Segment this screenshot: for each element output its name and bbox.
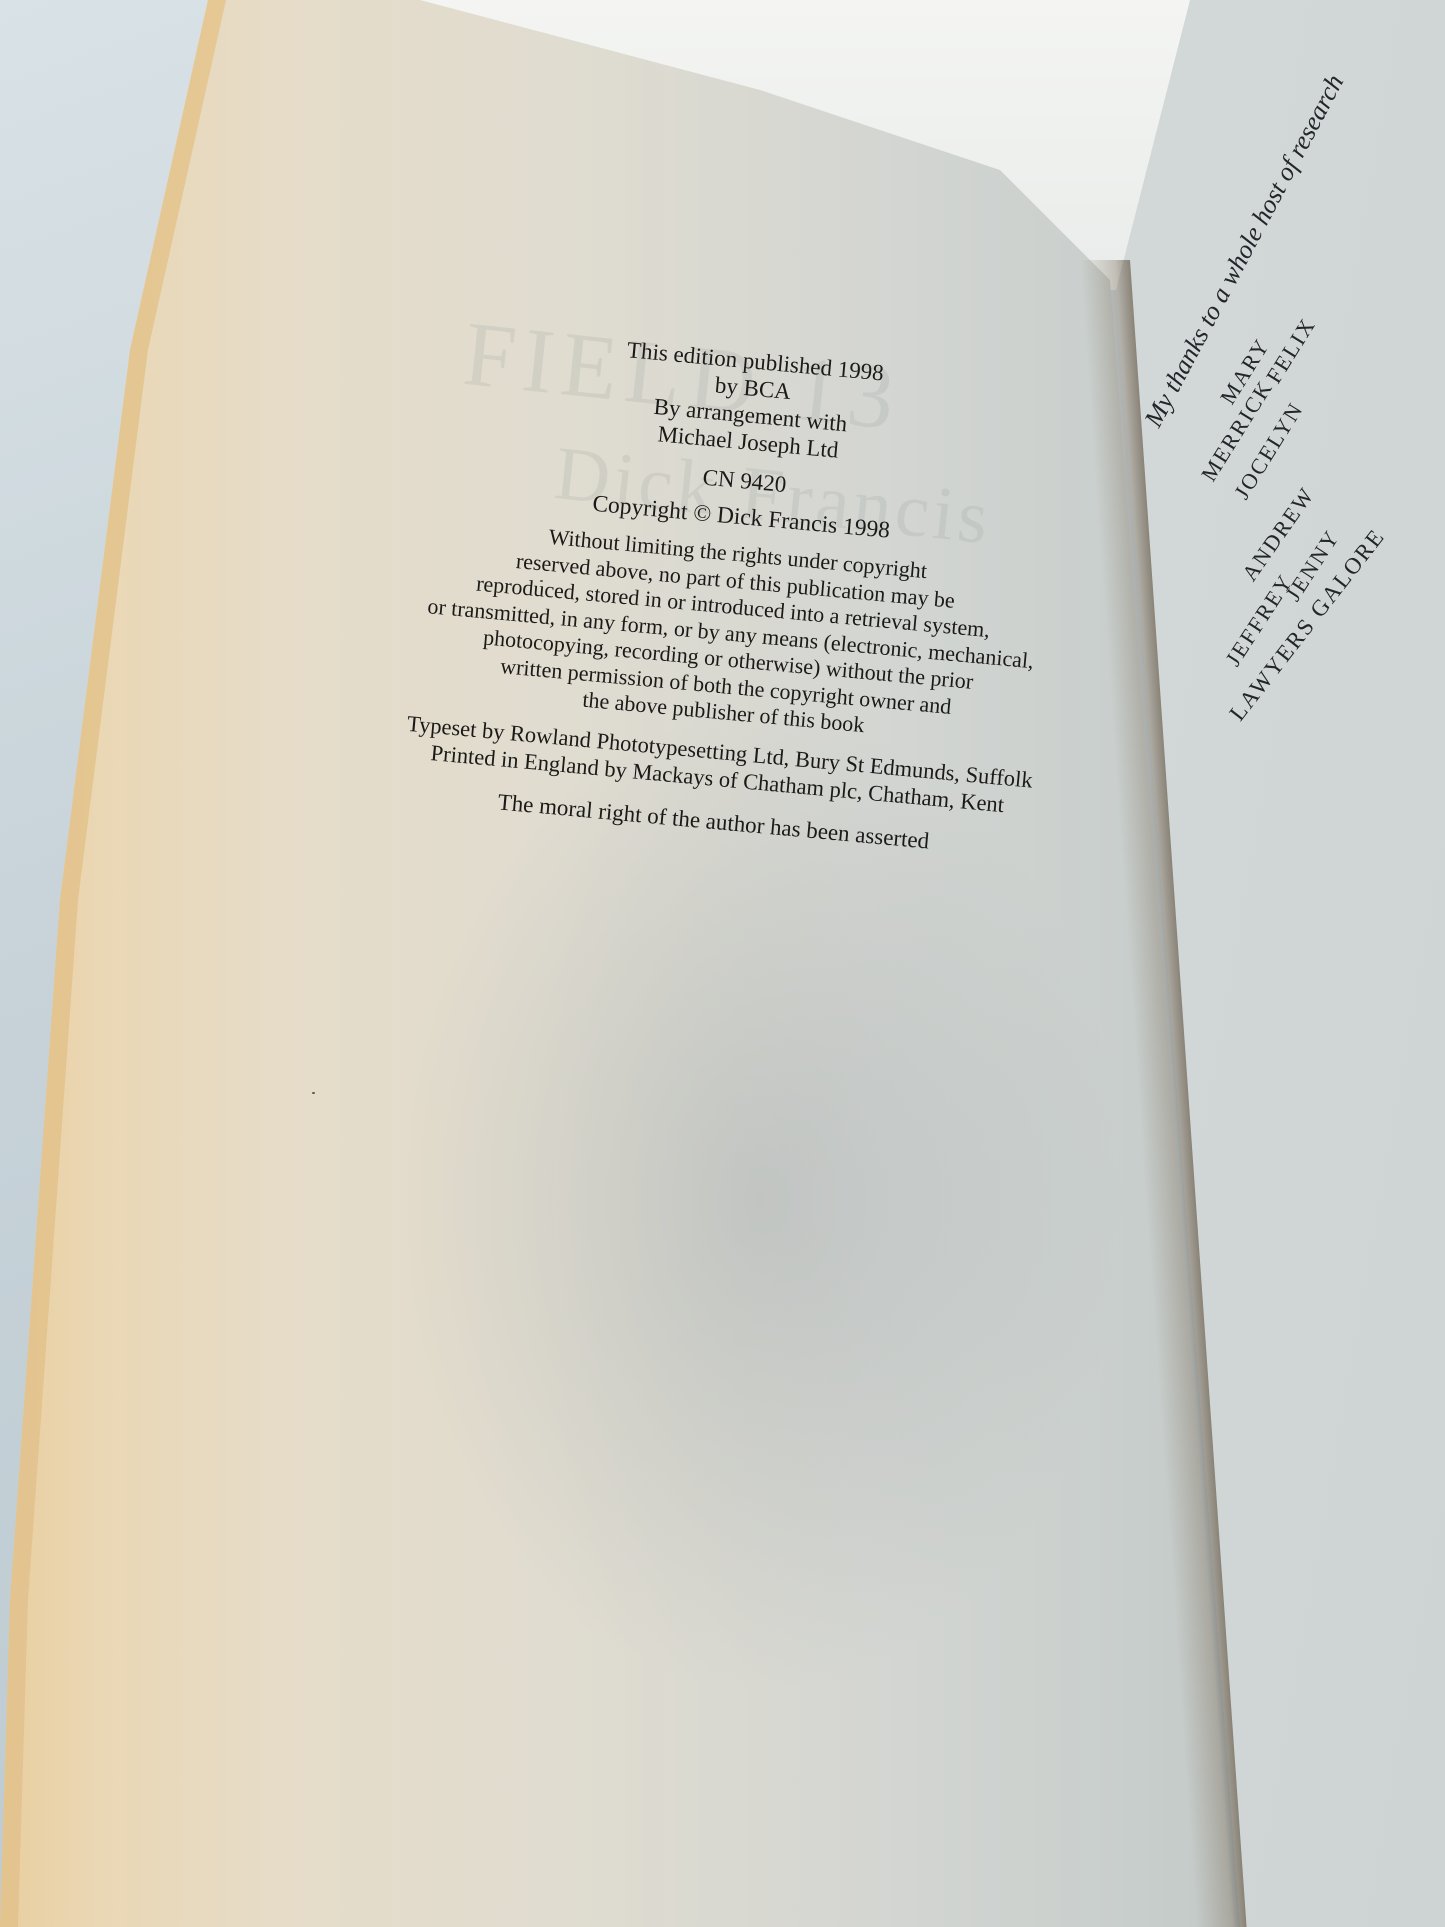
paper-speck <box>540 580 543 582</box>
left-page <box>0 0 1240 1927</box>
paper-speck <box>312 1092 315 1094</box>
copyright-block: This edition published 1998 by BCA By ar… <box>384 318 1086 864</box>
photo-scene: FIELD 13 Dick Francis This edition publi… <box>0 0 1445 1927</box>
